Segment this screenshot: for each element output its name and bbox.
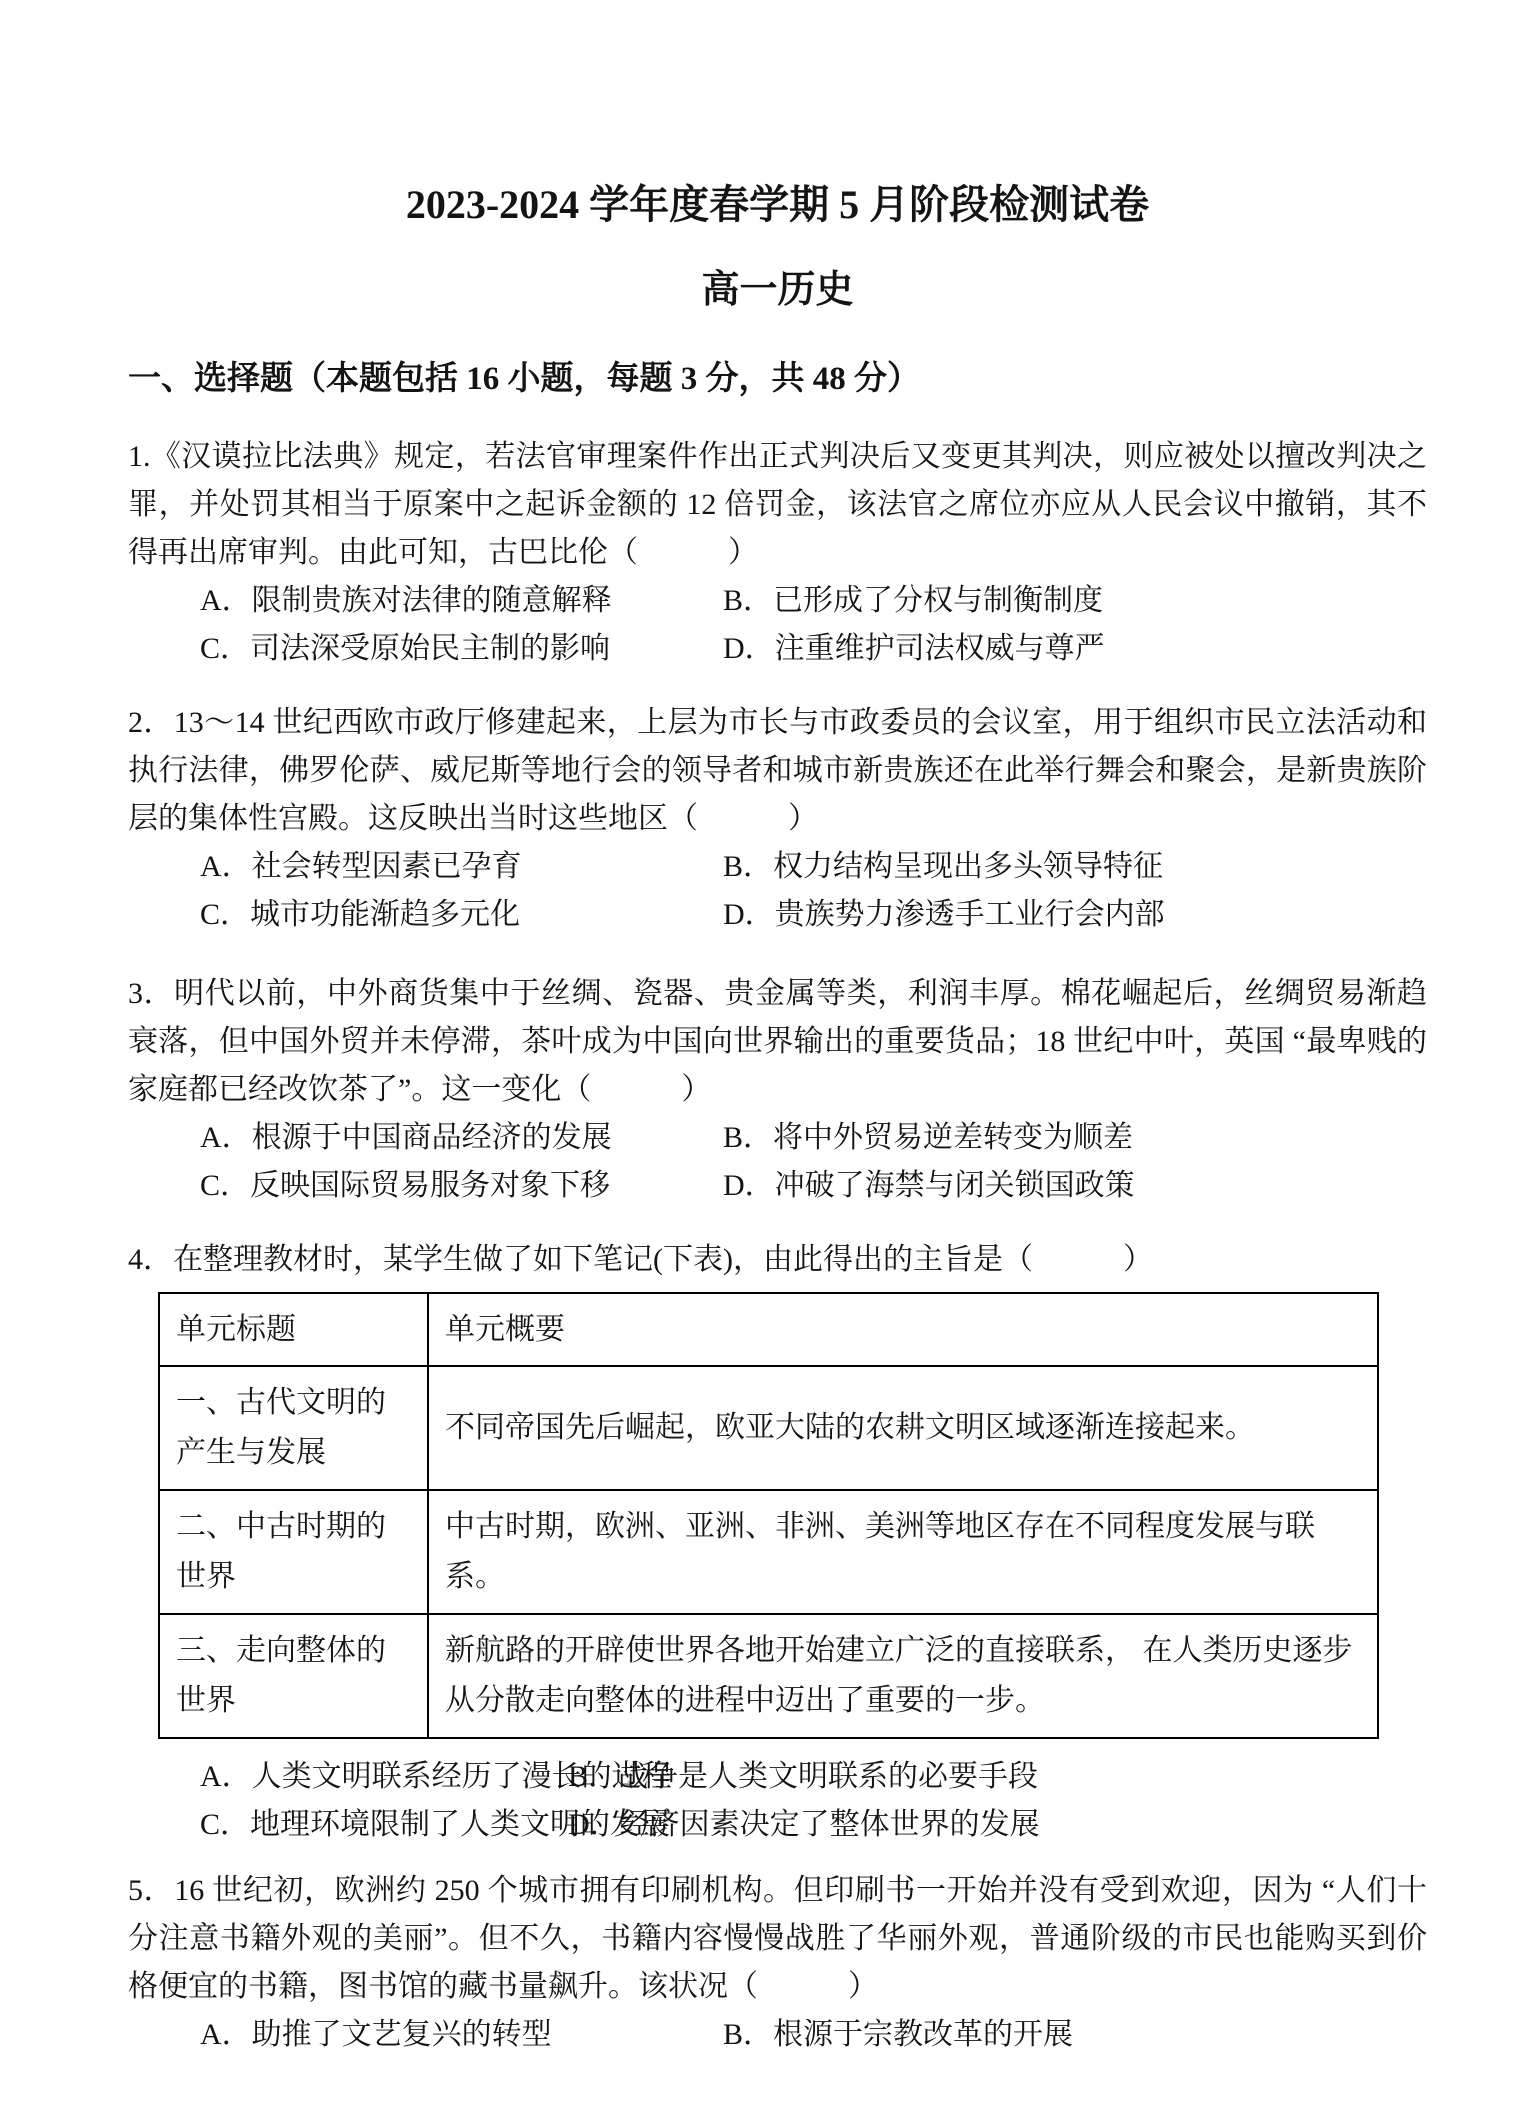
notes-table: 单元标题 单元概要 一、古代文明的产生与发展 不同帝国先后崛起，欧亚大陆的农耕文… <box>158 1292 1379 1739</box>
question-2-options: A．社会转型因素已孕育 B．权力结构呈现出多头领导特征 C．城市功能渐趋多元化 … <box>128 843 1427 939</box>
question-4: 4．在整理教材时，某学生做了如下笔记(下表)，由此得出的主旨是（ ） 单元标题 … <box>128 1218 1427 1849</box>
unit-title-cell: 二、中古时期的世界 <box>159 1490 428 1614</box>
question-5-options: A．助推了文艺复兴的转型 B．根源于宗教改革的开展 <box>128 2011 1427 2059</box>
option-d: D．贵族势力渗透手工业行会内部 <box>723 891 1165 939</box>
page-subtitle: 高一历史 <box>128 269 1427 311</box>
option-c: C．地理环境限制了人类文明的发展 <box>200 1801 568 1849</box>
page-title: 2023-2024 学年度春学期 5 月阶段检测试卷 <box>128 183 1427 227</box>
option-row: C．地理环境限制了人类文明的发展 D．经济因素决定了整体世界的发展 <box>128 1801 1427 1849</box>
option-a: A．限制贵族对法律的随意解释 <box>200 577 723 625</box>
option-d: D．冲破了海禁与闭关锁国政策 <box>723 1162 1135 1210</box>
option-row: A．限制贵族对法律的随意解释 B．已形成了分权与制衡制度 <box>128 577 1427 625</box>
question-3-options: A．根源于中国商品经济的发展 B．将中外贸易逆差转变为顺差 C．反映国际贸易服务… <box>128 1114 1427 1210</box>
question-2-stem: 2．13～14 世纪西欧市政厅修建起来，上层为市长与市政委员的会议室，用于组织市… <box>128 681 1427 843</box>
option-b: B．战争是人类文明联系的必要手段 <box>568 1753 1038 1801</box>
option-b: B．将中外贸易逆差转变为顺差 <box>723 1114 1133 1162</box>
option-b: B．权力结构呈现出多头领导特征 <box>723 843 1163 891</box>
unit-title-cell: 一、古代文明的产生与发展 <box>159 1366 428 1490</box>
question-3: 3．明代以前，中外商货集中于丝绸、瓷器、贵金属等类，利润丰厚。棉花崛起后，丝绸贸… <box>128 952 1427 1210</box>
option-a: A．助推了文艺复兴的转型 <box>200 2011 723 2059</box>
option-c: C．城市功能渐趋多元化 <box>200 891 723 939</box>
question-1: 1.《汉谟拉比法典》规定，若法官审理案件作出正式判决后又变更其判决，则应被处以擅… <box>128 407 1427 673</box>
table-header-row: 单元标题 单元概要 <box>159 1293 1378 1366</box>
question-2: 2．13～14 世纪西欧市政厅修建起来，上层为市长与市政委员的会议室，用于组织市… <box>128 681 1427 939</box>
option-d: D．经济因素决定了整体世界的发展 <box>568 1801 1040 1849</box>
option-c: C．司法深受原始民主制的影响 <box>200 625 723 673</box>
question-1-stem: 1.《汉谟拉比法典》规定，若法官审理案件作出正式判决后又变更其判决，则应被处以擅… <box>128 407 1427 577</box>
table-row: 二、中古时期的世界 中古时期，欧洲、亚洲、非洲、美洲等地区存在不同程度发展与联系… <box>159 1490 1378 1614</box>
section-heading: 一、选择题（本题包括 16 小题，每题 3 分，共 48 分） <box>128 359 1427 399</box>
option-row: A．根源于中国商品经济的发展 B．将中外贸易逆差转变为顺差 <box>128 1114 1427 1162</box>
table-header-unit-title: 单元标题 <box>159 1293 428 1366</box>
unit-summary-cell: 新航路的开辟使世界各地开始建立广泛的直接联系， 在人类历史逐步从分散走向整体的进… <box>428 1614 1378 1738</box>
option-row: C．城市功能渐趋多元化 D．贵族势力渗透手工业行会内部 <box>128 891 1427 939</box>
question-1-options: A．限制贵族对法律的随意解释 B．已形成了分权与制衡制度 C．司法深受原始民主制… <box>128 577 1427 673</box>
unit-summary-cell: 不同帝国先后崛起，欧亚大陆的农耕文明区域逐渐连接起来。 <box>428 1366 1378 1490</box>
option-row: A．社会转型因素已孕育 B．权力结构呈现出多头领导特征 <box>128 843 1427 891</box>
unit-title-cell: 三、走向整体的世界 <box>159 1614 428 1738</box>
option-a: A．人类文明联系经历了漫长的过程 <box>200 1753 568 1801</box>
option-row: A．助推了文艺复兴的转型 B．根源于宗教改革的开展 <box>128 2011 1427 2059</box>
option-b: B．根源于宗教改革的开展 <box>723 2011 1073 2059</box>
option-c: C．反映国际贸易服务对象下移 <box>200 1162 723 1210</box>
question-5: 5．16 世纪初，欧洲约 250 个城市拥有印刷机构。但印刷书一开始并没有受到欢… <box>128 1849 1427 2059</box>
option-a: A．社会转型因素已孕育 <box>200 843 723 891</box>
exam-paper-page: 2023-2024 学年度春学期 5 月阶段检测试卷 高一历史 一、选择题（本题… <box>0 0 1535 2125</box>
table-row: 一、古代文明的产生与发展 不同帝国先后崛起，欧亚大陆的农耕文明区域逐渐连接起来。 <box>159 1366 1378 1490</box>
option-row: C．司法深受原始民主制的影响 D．注重维护司法权威与尊严 <box>128 625 1427 673</box>
option-a: A．根源于中国商品经济的发展 <box>200 1114 723 1162</box>
question-3-stem: 3．明代以前，中外商货集中于丝绸、瓷器、贵金属等类，利润丰厚。棉花崛起后，丝绸贸… <box>128 952 1427 1114</box>
table-row: 三、走向整体的世界 新航路的开辟使世界各地开始建立广泛的直接联系， 在人类历史逐… <box>159 1614 1378 1738</box>
question-5-stem: 5．16 世纪初，欧洲约 250 个城市拥有印刷机构。但印刷书一开始并没有受到欢… <box>128 1849 1427 2011</box>
option-b: B．已形成了分权与制衡制度 <box>723 577 1103 625</box>
option-d: D．注重维护司法权威与尊严 <box>723 625 1105 673</box>
option-row: C．反映国际贸易服务对象下移 D．冲破了海禁与闭关锁国政策 <box>128 1162 1427 1210</box>
unit-summary-cell: 中古时期，欧洲、亚洲、非洲、美洲等地区存在不同程度发展与联系。 <box>428 1490 1378 1614</box>
table-header-unit-summary: 单元概要 <box>428 1293 1378 1366</box>
question-4-stem: 4．在整理教材时，某学生做了如下笔记(下表)，由此得出的主旨是（ ） <box>128 1218 1427 1284</box>
question-4-options: A．人类文明联系经历了漫长的过程 B．战争是人类文明联系的必要手段 C．地理环境… <box>128 1753 1427 1849</box>
option-row: A．人类文明联系经历了漫长的过程 B．战争是人类文明联系的必要手段 <box>128 1753 1427 1801</box>
